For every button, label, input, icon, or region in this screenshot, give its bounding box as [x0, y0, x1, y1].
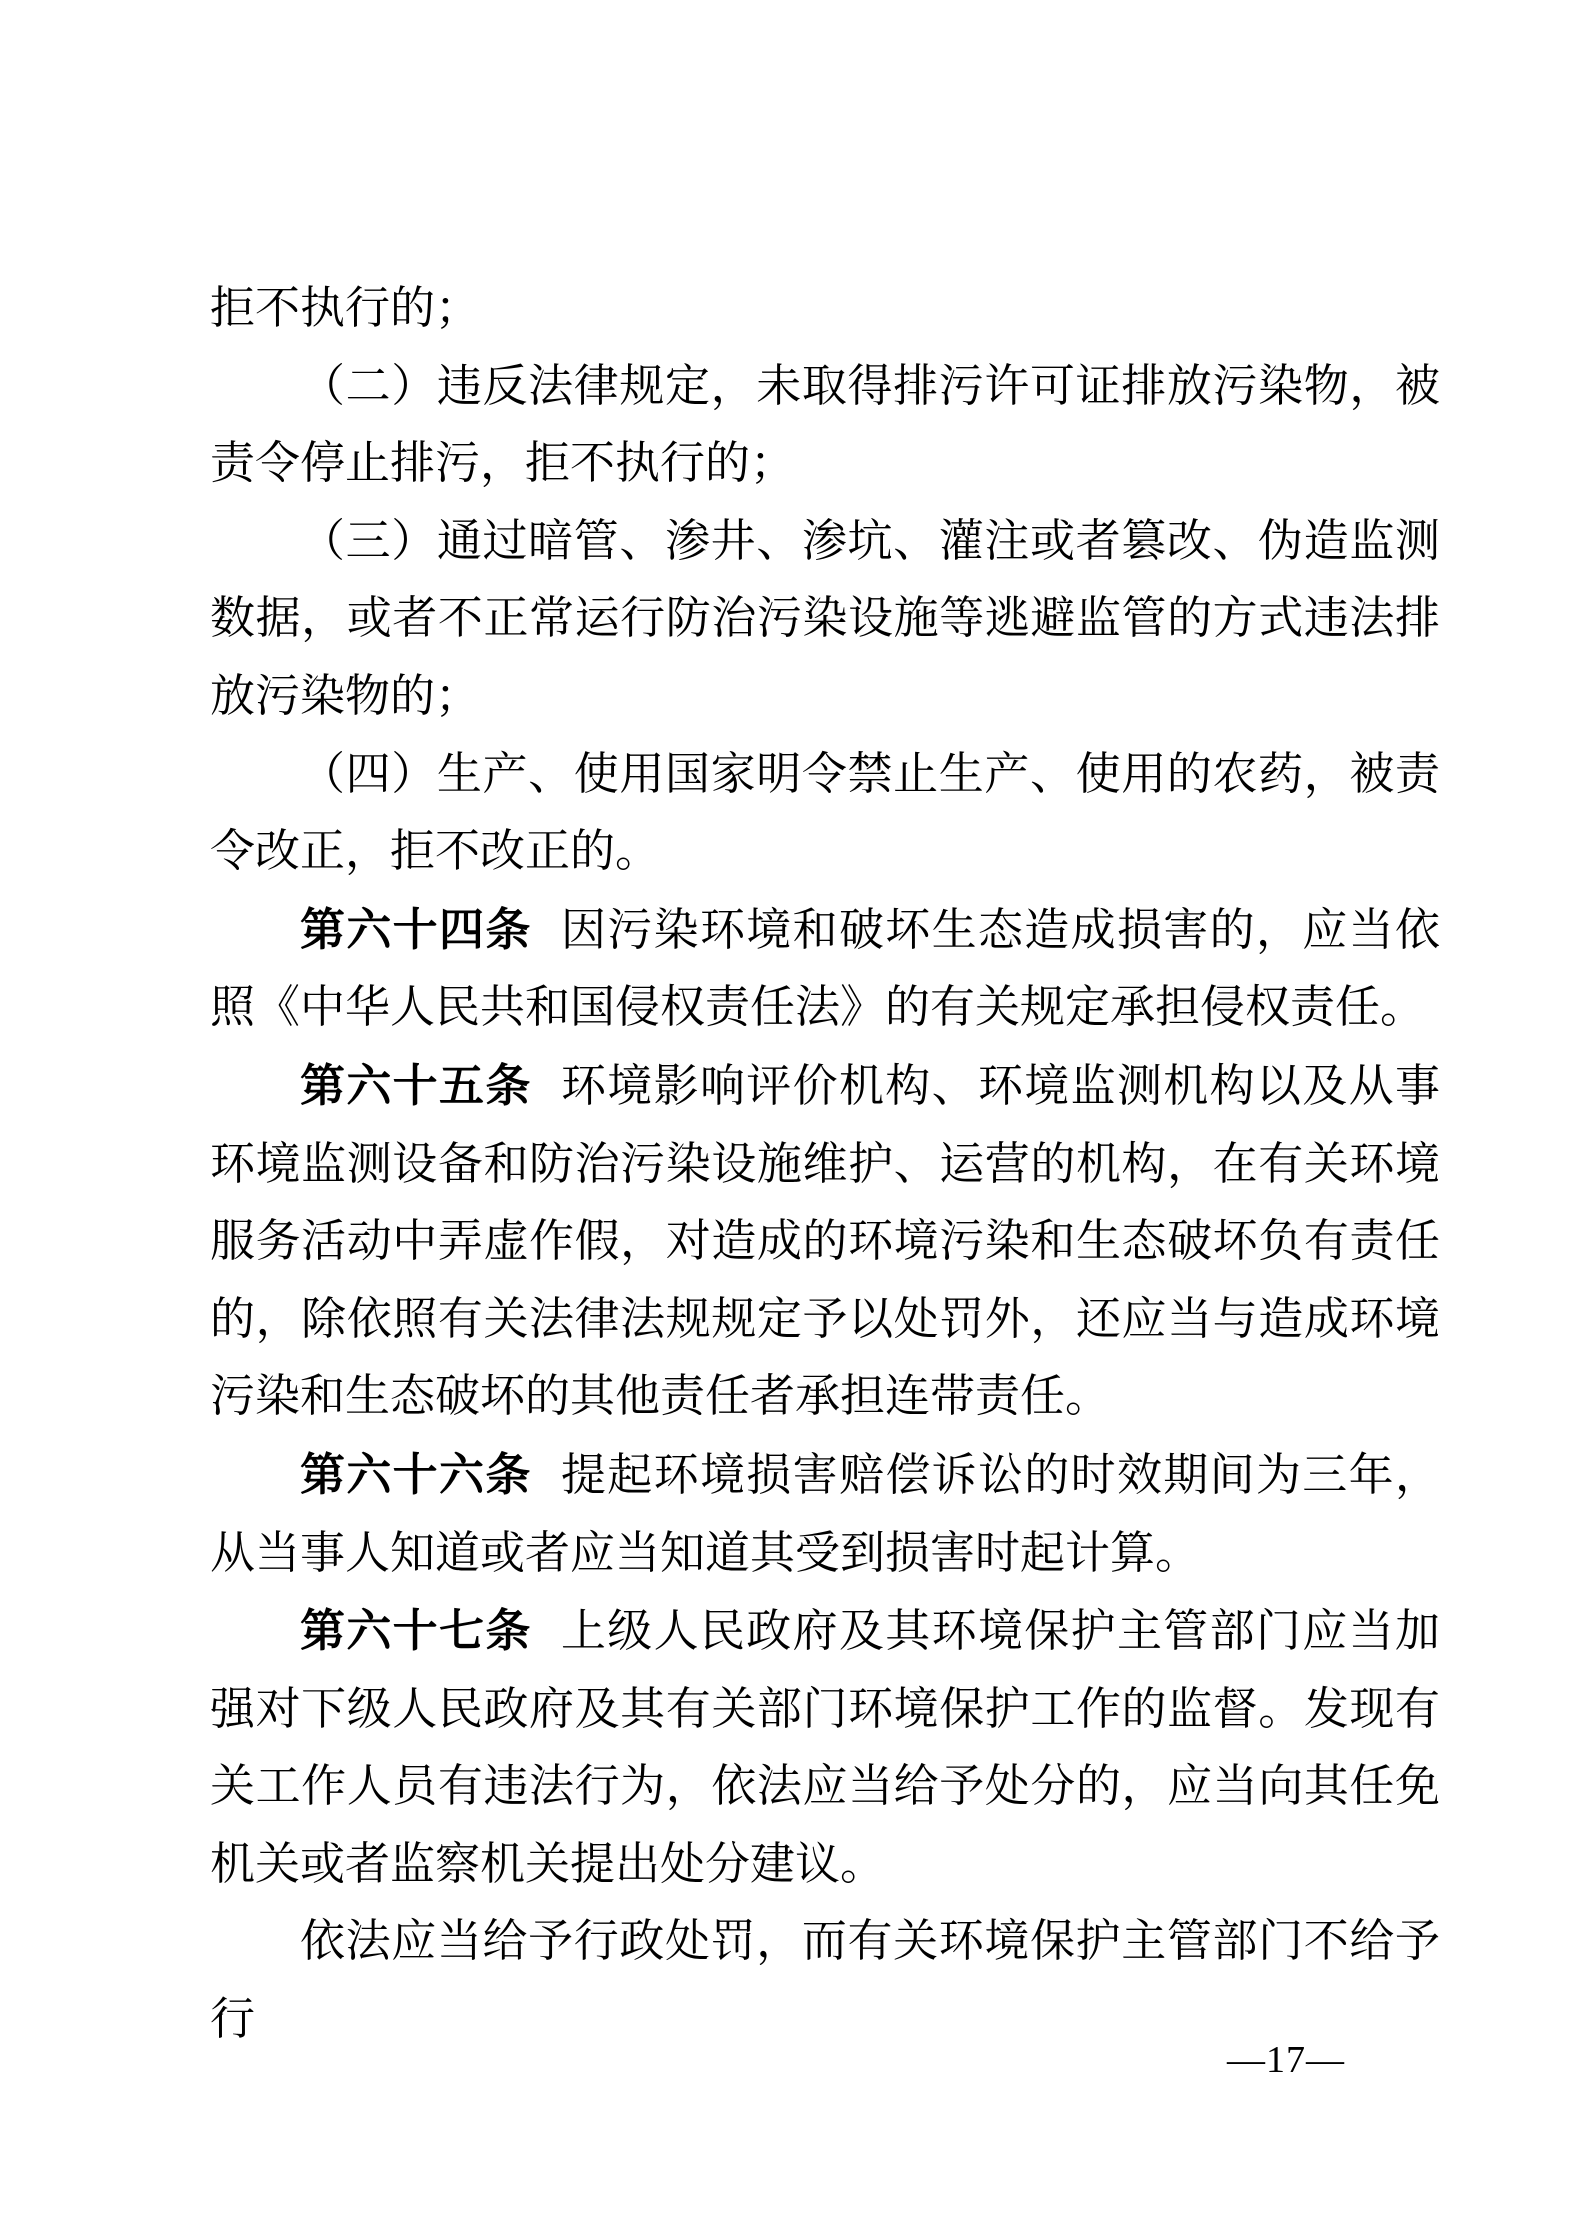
- paragraph-item-9: 依法应当给予行政处罚，而有关环境保护主管部门不给予行: [210, 1903, 1440, 2058]
- paragraph-text: 拒不执行的；: [210, 283, 480, 333]
- paragraph-article-66: 第六十六条提起环境损害赔偿诉讼的时效期间为三年，从当事人知道或者应当知道其受到损…: [210, 1436, 1440, 1592]
- article-number: 第六十七条: [300, 1605, 532, 1656]
- paragraph-article-64: 第六十四条因污染环境和破坏生态造成损害的，应当依照《中华人民共和国侵权责任法》的…: [210, 891, 1440, 1047]
- paragraph-continuation: 拒不执行的；: [210, 270, 1440, 348]
- paragraph-text: （四）生产、使用国家明令禁止生产、使用的农药，被责令改正，拒不改正的。: [210, 749, 1440, 877]
- paragraph-text: 环境影响评价机构、环境监测机构以及从事环境监测设备和防治污染设施维护、运营的机构…: [210, 1061, 1440, 1421]
- paragraph-article-65: 第六十五条环境影响评价机构、环境监测机构以及从事环境监测设备和防治污染设施维护、…: [210, 1047, 1440, 1436]
- article-number: 第六十五条: [300, 1060, 532, 1111]
- article-number: 第六十四条: [300, 904, 532, 955]
- paragraph-item-3: （三）通过暗管、渗井、渗坑、灌注或者篡改、伪造监测数据，或者不正常运行防治污染设…: [210, 503, 1440, 736]
- paragraph-item-2: （二）违反法律规定，未取得排污许可证排放污染物，被责令停止排污，拒不执行的；: [210, 348, 1440, 503]
- paragraph-text: 依法应当给予行政处罚，而有关环境保护主管部门不给予行: [210, 1916, 1440, 2044]
- paragraph-item-4: （四）生产、使用国家明令禁止生产、使用的农药，被责令改正，拒不改正的。: [210, 736, 1440, 891]
- article-number: 第六十六条: [300, 1449, 532, 1500]
- document-body: 拒不执行的； （二）违反法律规定，未取得排污许可证排放污染物，被责令停止排污，拒…: [210, 270, 1440, 2059]
- paragraph-article-67: 第六十七条上级人民政府及其环境保护主管部门应当加强对下级人民政府及其有关部门环境…: [210, 1592, 1440, 1903]
- document-page: 拒不执行的； （二）违反法律规定，未取得排污许可证排放污染物，被责令停止排污，拒…: [0, 0, 1580, 2238]
- page-number: —17—: [1227, 2038, 1345, 2082]
- paragraph-text: （三）通过暗管、渗井、渗坑、灌注或者篡改、伪造监测数据，或者不正常运行防治污染设…: [210, 516, 1440, 721]
- paragraph-text: （二）违反法律规定，未取得排污许可证排放污染物，被责令停止排污，拒不执行的；: [210, 361, 1440, 489]
